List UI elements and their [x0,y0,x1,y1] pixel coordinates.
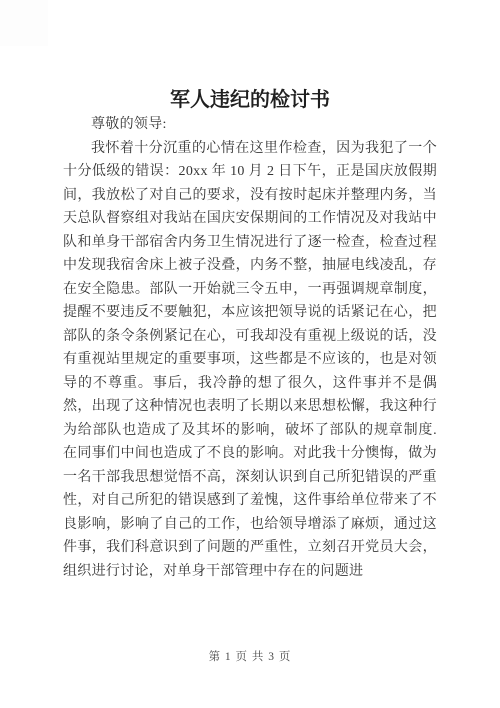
scan-artifact-corner [0,0,48,46]
page-title: 军人违纪的检讨书 [0,86,500,114]
page-number-indicator: 第 1 页 共 3 页 [0,648,500,664]
document-page: 军人违纪的检讨书 尊敬的领导: 我怀着十分沉重的心情在这里作检查，因为我犯了一个… [0,0,500,708]
body-paragraph: 我怀着十分沉重的心情在这里作检查，因为我犯了一个十分低级的错误：20xx 年 1… [63,137,437,584]
document-body-area: 尊敬的领导: 我怀着十分沉重的心情在这里作检查，因为我犯了一个十分低级的错误：2… [63,113,437,583]
salutation: 尊敬的领导: [63,113,437,137]
